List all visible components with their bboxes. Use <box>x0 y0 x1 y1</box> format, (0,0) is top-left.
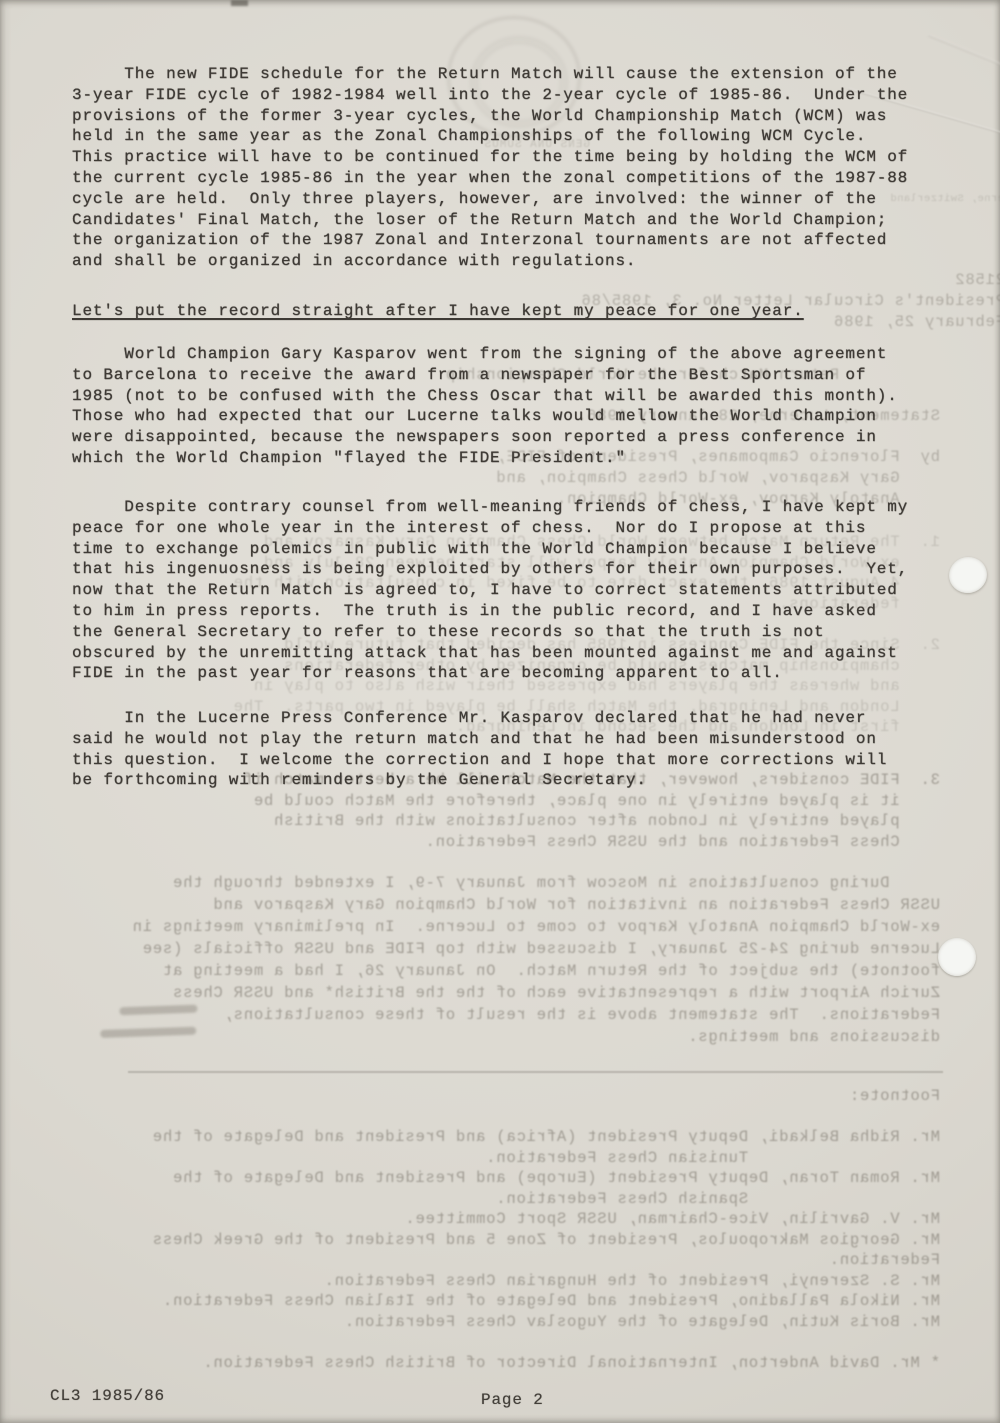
paragraph-kasparov-award: World Champion Gary Kasparov went from t… <box>72 344 922 469</box>
footer-page-number: Page 2 <box>481 1391 544 1409</box>
bleed-horizontal-rule <box>128 1071 943 1073</box>
footer-document-ref: CL3 1985/86 <box>50 1387 165 1405</box>
bleed-footnote-star: * Mr. David Anderton, International Dire… <box>98 1353 940 1374</box>
bleed-footnote-list: Footnote: Mr. Ridha Belkadi, Deputy Pres… <box>78 1086 940 1332</box>
paragraph-lucerne-press: In the Lucerne Press Conference Mr. Kasp… <box>72 708 932 791</box>
paragraph-despite-counsel: Despite contrary counsel from well-meani… <box>72 497 932 684</box>
paragraph-fide-schedule: The new FIDE schedule for the Return Mat… <box>72 64 922 272</box>
ink-smudge <box>91 1000 223 1051</box>
ink-smudge-mark <box>119 1005 197 1016</box>
correction-fluid-spot <box>946 553 991 596</box>
ink-smudge-mark <box>100 1027 196 1038</box>
correction-fluid-spot <box>936 936 979 979</box>
section-heading: Let's put the record straight after I ha… <box>72 301 922 322</box>
scanned-letter-page: GENS UNA SUMUS FEDERATION INTERNATIONALE… <box>0 0 1000 1423</box>
paper-crease <box>928 34 1000 71</box>
paper-edge-mark <box>231 0 248 6</box>
